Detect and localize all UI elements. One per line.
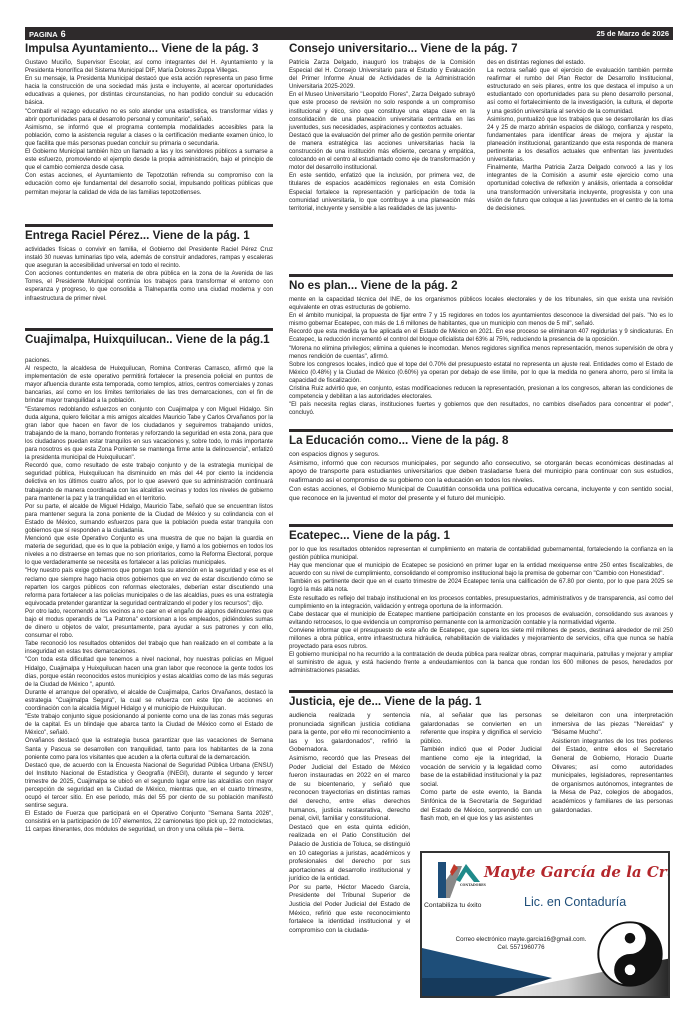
advertiser-slogan: Contabiliza tu éxito — [424, 902, 481, 909]
paragraph: Este resultado es reflejo del trabajo in… — [289, 595, 673, 611]
paragraph: En este sentido, enfatizó que la inclusi… — [289, 172, 475, 212]
article-la-educacion-como: La Educación como... Viene de la pág. 8 … — [289, 429, 673, 503]
article-heading: La Educación como... Viene de la pág. 8 — [289, 434, 673, 448]
section-divider — [25, 224, 273, 227]
section-divider — [25, 328, 273, 331]
column-1: audiencia realizada y sentencia pronunci… — [289, 712, 410, 935]
paragraph: "Con toda esta dificultad que tenemos a … — [25, 656, 273, 688]
paragraph: Destacó que la evaluación del primer año… — [289, 132, 475, 172]
article-no-es-plan: No es plan... Viene de la pág. 2 mente e… — [289, 274, 673, 417]
page-number-label: PAGINA6 — [29, 29, 66, 39]
article-impulsa-ayuntamiento: Impulsa Ayuntamiento... Viene de la pág.… — [25, 42, 273, 197]
paragraph: En su mensaje, la Presidenta Municipal d… — [25, 75, 273, 107]
paragraph: El Estado de Fuerza que participará en e… — [25, 810, 273, 834]
article-cuajimalpa-huixquilucan: Cuajimalpa, Huixquilucan.. Viene de la p… — [25, 328, 273, 835]
paragraph: "El país necesita reglas claras, institu… — [289, 401, 673, 417]
yin-yang-icon — [597, 921, 663, 987]
paragraph: paciones. — [25, 357, 273, 365]
paragraph: Asimismo, informó que con recursos munic… — [289, 460, 673, 486]
column-1: Patricia Zarza Delgado, inauguró los tra… — [289, 59, 475, 213]
article-entrega-raciel-perez: Entrega Raciel Pérez... Viene de la pág.… — [25, 224, 273, 303]
paragraph: Al respecto, la alcaldesa de Huixquiluca… — [25, 365, 273, 405]
paragraph: Destacó que en esta quinta edición, real… — [289, 824, 410, 884]
paragraph: "Combatir el rezago educativo no es solo… — [25, 108, 273, 124]
paragraph: actividades físicas o convivir en famili… — [25, 246, 273, 270]
paragraph: "Estaremos redoblando esfuerzos en conju… — [25, 406, 273, 463]
paragraph: Asimismo, se informó que el programa con… — [25, 124, 273, 148]
paragraph: Asimismo, puntualizó que los trabajos qu… — [487, 116, 673, 165]
article-heading: Impulsa Ayuntamiento... Viene de la pág.… — [25, 42, 273, 56]
section-divider — [289, 690, 673, 693]
paragraph: El gobierno municipal no ha recurrido a … — [289, 651, 673, 675]
paragraph: des en distintas regiones del estado. — [487, 59, 673, 67]
article-heading: Consejo universitario... Viene de la pág… — [289, 42, 673, 56]
phone-line: Cel. 5571960776 — [436, 944, 606, 952]
paragraph: mente en la capacidad técnica del INE, d… — [289, 296, 673, 312]
paragraph: Mencionó que este Operativo Conjunto es … — [25, 535, 273, 567]
paragraph: Asimismo, recordó que las Preseas del Po… — [289, 755, 410, 824]
advertiser-title: Lic. en Contaduría — [524, 895, 626, 909]
paragraph: Con estas acciones, el Ayuntamiento de T… — [25, 172, 273, 196]
paragraph: Recordó que esta medida ya fue aplicada … — [289, 328, 673, 344]
paragraph: "Morena no elimina privilegios; elimina … — [289, 345, 673, 361]
advertiser-name: Mayte García de la Cruz — [484, 863, 670, 881]
paragraph: Por su parte, el alcalde de Miguel Hidal… — [25, 503, 273, 535]
paragraph: Gustavo Muciño, Supervisor Escolar, así … — [25, 59, 273, 75]
paragraph: Finalmente, Martha Patricia Zarza Delgad… — [487, 164, 673, 213]
page-header-bar: PAGINA6 25 de Marzo de 2026 — [25, 27, 673, 40]
paragraph: Tabe reconoció los resultados obtenidos … — [25, 640, 273, 656]
paragraph: En el Museo Universitario "Leopoldo Flor… — [289, 91, 475, 131]
paragraph: Recordó que, como resultado de este trab… — [25, 462, 273, 502]
section-divider — [289, 429, 673, 432]
article-heading: Entrega Raciel Pérez... Viene de la pág.… — [25, 229, 273, 243]
paragraph: La rectora señaló que el ejercicio de ev… — [487, 67, 673, 116]
paragraph: "Este trabajo conjunto sigue posicionand… — [25, 713, 273, 737]
paragraph: Como parte de este evento, la Banda Sinf… — [420, 789, 541, 823]
paragraph: nía, al señalar que las personas galardo… — [420, 712, 541, 746]
advertisement-business-card: CONTADORES Mayte García de la Cruz Conta… — [420, 851, 670, 998]
paragraph: Destacó que, de acuerdo con la Encuesta … — [25, 762, 273, 811]
article-heading: Justicia, eje de... Viene de la pág. 1 — [289, 695, 673, 709]
paragraph: Conviene informar que el presupuesto de … — [289, 627, 673, 651]
issue-date: 25 de Marzo de 2026 — [596, 29, 669, 38]
paragraph: con espacios dignos y seguros. — [289, 451, 673, 460]
paragraph: En el ámbito municipal, la propuesta de … — [289, 312, 673, 328]
paragraph: por lo que los resultados obtenidos repr… — [289, 546, 673, 562]
paragraph: Por otro lado, recomendó a los vecinos a… — [25, 608, 273, 640]
paragraph: Sobre los congresos locales, indicó que … — [289, 361, 673, 385]
paragraph: se deleitaron con una interpretación inm… — [552, 712, 673, 738]
paragraph: Con estas acciones, el Gobierno Municipa… — [289, 486, 673, 503]
paragraph: Asistieron integrantes de los tres poder… — [552, 738, 673, 815]
article-consejo-universitario: Consejo universitario... Viene de la pág… — [289, 42, 673, 213]
paragraph: También es pertinente decir que en el cu… — [289, 578, 673, 594]
paragraph: Cristina Ruiz advirtió que, en conjunto,… — [289, 385, 673, 401]
logo-text: CONTADORES — [460, 883, 486, 887]
email-line: Correo electrónico mayte.garcia16@gmail.… — [436, 936, 606, 944]
article-ecatepec: Ecatepec... Viene de la pág. 1 por lo qu… — [289, 524, 673, 676]
paragraph: Hay que mencionar que el municipio de Ec… — [289, 562, 673, 578]
paragraph: Durante el arranque del operativo, el al… — [25, 689, 273, 713]
article-heading: No es plan... Viene de la pág. 2 — [289, 279, 673, 293]
article-heading: Ecatepec... Viene de la pág. 1 — [289, 529, 673, 543]
accountants-logo-icon — [436, 858, 482, 900]
paragraph: El Gobierno Municipal también hizo un ll… — [25, 148, 273, 172]
paragraph: Por su parte, Héctor Macedo García, Pres… — [289, 884, 410, 936]
paragraph: audiencia realizada y sentencia pronunci… — [289, 712, 410, 755]
advertiser-contact: Correo electrónico mayte.garcia16@gmail.… — [436, 936, 606, 952]
article-heading: Cuajimalpa, Huixquilucan.. Viene de la p… — [25, 333, 273, 347]
column-2: des en distintas regiones del estado. La… — [487, 59, 673, 213]
paragraph: Orvañanos destacó que la estrategia busc… — [25, 737, 273, 761]
paragraph: También indicó que el Poder Judicial man… — [420, 746, 541, 789]
paragraph: "Hoy nuestro país exige gobiernos que po… — [25, 567, 273, 607]
paragraph: Patricia Zarza Delgado, inauguró los tra… — [289, 59, 475, 91]
section-divider — [289, 274, 673, 277]
section-divider — [289, 524, 673, 527]
paragraph: Cabe destacar que el municipio de Ecatep… — [289, 611, 673, 627]
paragraph: Con acciones contundentes en materia de … — [25, 270, 273, 302]
